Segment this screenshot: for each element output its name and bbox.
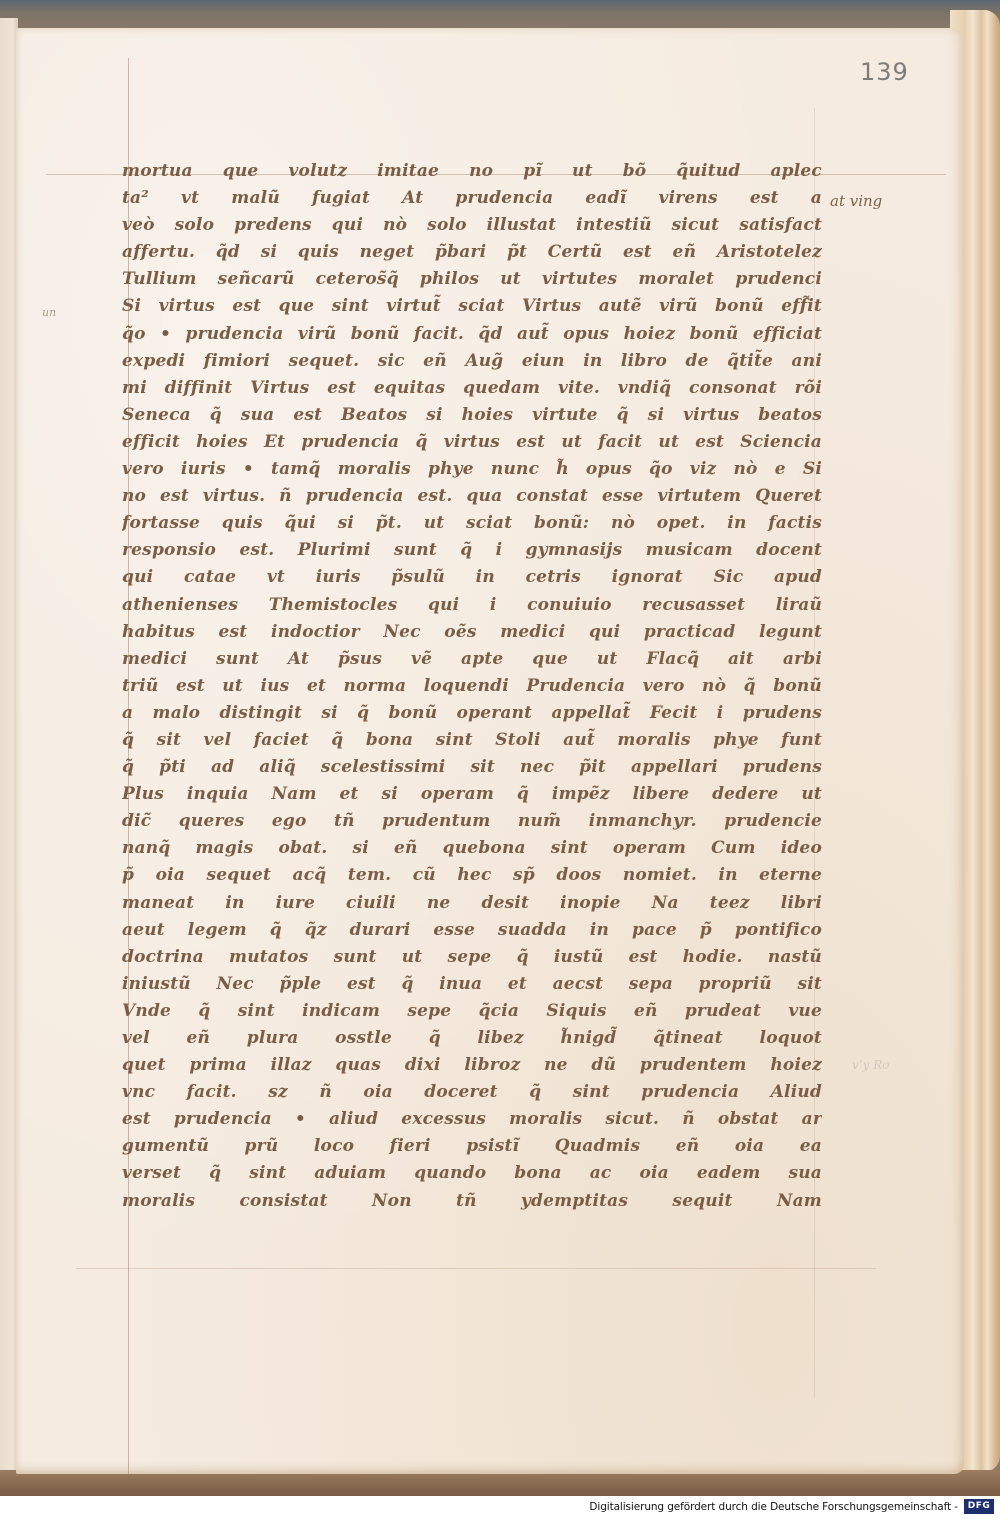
text-line: iniustũ Nec p̃ple est q̃ inua et aecst … — [122, 971, 822, 998]
manuscript-scan: 139 at ving un v’y Ro mortua que volutz … — [0, 0, 1000, 1496]
text-line: q̃ p̃ti ad aliq̃ scelestissimi sit nec p… — [122, 754, 822, 781]
text-line: expedi fimiori sequet. sic eñ Aug̃ eiun… — [122, 348, 822, 375]
text-line: habitus est indoctior Nec oẽs medici qu… — [122, 619, 822, 646]
text-line: q̃ sit vel faciet q̃ bona sint Stoli aut… — [122, 727, 822, 754]
text-line: Seneca q̃ sua est Beatos si hoies virtut… — [122, 402, 822, 429]
text-line: verset q̃ sint aduiam quando bona ac oia… — [122, 1160, 822, 1187]
text-line: vero iuris • tamq̃ moralis phye nunc h̃ … — [122, 456, 822, 483]
text-line: p̃ oia sequet acq̃ tem. cũ hec sp̃ doos… — [122, 862, 822, 889]
text-line: vel eñ plura osstle q̃ libez h̃nigd̃ q̃… — [122, 1025, 822, 1052]
text-line: a malo distingit si q̃ bonũ operant app… — [122, 700, 822, 727]
text-line: ta² vt malũ fugiat At prudencia eadĩ v… — [122, 185, 822, 212]
text-line: doctrina mutatos sunt ut sepe q̃ iustũ … — [122, 944, 822, 971]
text-line: medici sunt At p̃sus vẽ apte que ut Fla… — [122, 646, 822, 673]
text-line: gumentũ prũ loco fieri psistĩ Quadmis… — [122, 1133, 822, 1160]
text-line: fortasse quis q̃ui si p̃t. ut sciat bonu… — [122, 510, 822, 537]
text-line: athenienses Themistocles qui i conuiuio … — [122, 592, 822, 619]
margin-note-left: un — [42, 306, 56, 319]
manuscript-text-block: mortua que volutz imitae no pĩ ut bõ q̃… — [122, 158, 822, 1215]
text-line: vnc facit. sz ñ oia doceret q̃ sint pru… — [122, 1079, 822, 1106]
text-line: affertu. q̃d si quis neget p̃bari p̃t Ce… — [122, 239, 822, 266]
text-line: quet prima illaz quas dixi libroz ne dũ… — [122, 1052, 822, 1079]
margin-note-right: at ving — [830, 192, 882, 210]
text-line: maneat in iure ciuili ne desit inopie Na… — [122, 890, 822, 917]
text-line: est prudencia • aliud excessus moralis s… — [122, 1106, 822, 1133]
text-line: no est virtus. ñ prudencia est. qua con… — [122, 483, 822, 510]
text-line: triũ est ut ius et norma loquendi Prude… — [122, 673, 822, 700]
text-line: Tullium señcarũ ceteros̃q̃ philos ut v… — [122, 266, 822, 293]
text-line: moralis consistat Non tñ ydemptitas seq… — [122, 1188, 822, 1215]
text-line: aeut legem q̃ q̃z durari esse suadda in … — [122, 917, 822, 944]
text-line: Vnde q̃ sint indicam sepe q̃cia Siquis e… — [122, 998, 822, 1025]
text-line: qui catae vt iuris p̃sulũ in cetris ign… — [122, 564, 822, 591]
text-line: q̃o • prudencia virũ bonũ facit. q̃d a… — [122, 321, 822, 348]
text-line: dic̃ queres ego tñ prudentum num̃ inman… — [122, 808, 822, 835]
text-line: efficit hoies Et prudencia q̃ virtus est… — [122, 429, 822, 456]
footer-bar: Digitalisierung gefördert durch die Deut… — [0, 1496, 1000, 1519]
text-line: responsio est. Plurimi sunt q̃ i gymnasi… — [122, 537, 822, 564]
text-line: mi diffinit Virtus est equitas quedam vi… — [122, 375, 822, 402]
folio-number: 139 — [860, 58, 909, 86]
text-line: nanq̃ magis obat. si eñ quebona sint op… — [122, 835, 822, 862]
margin-note-faint: v’y Ro — [852, 1058, 889, 1072]
bottom-ruling-line — [76, 1268, 876, 1269]
text-line: mortua que volutz imitae no pĩ ut bõ q̃… — [122, 158, 822, 185]
funding-credit: Digitalisierung gefördert durch die Deut… — [589, 1501, 958, 1513]
text-line: veò solo predens qui nò solo illustat in… — [122, 212, 822, 239]
dfg-logo: DFG — [964, 1499, 994, 1514]
text-line: Si virtus est que sint virtut̃ sciat Vir… — [122, 293, 822, 320]
text-line: Plus inquia Nam et si operam q̃ impẽz l… — [122, 781, 822, 808]
